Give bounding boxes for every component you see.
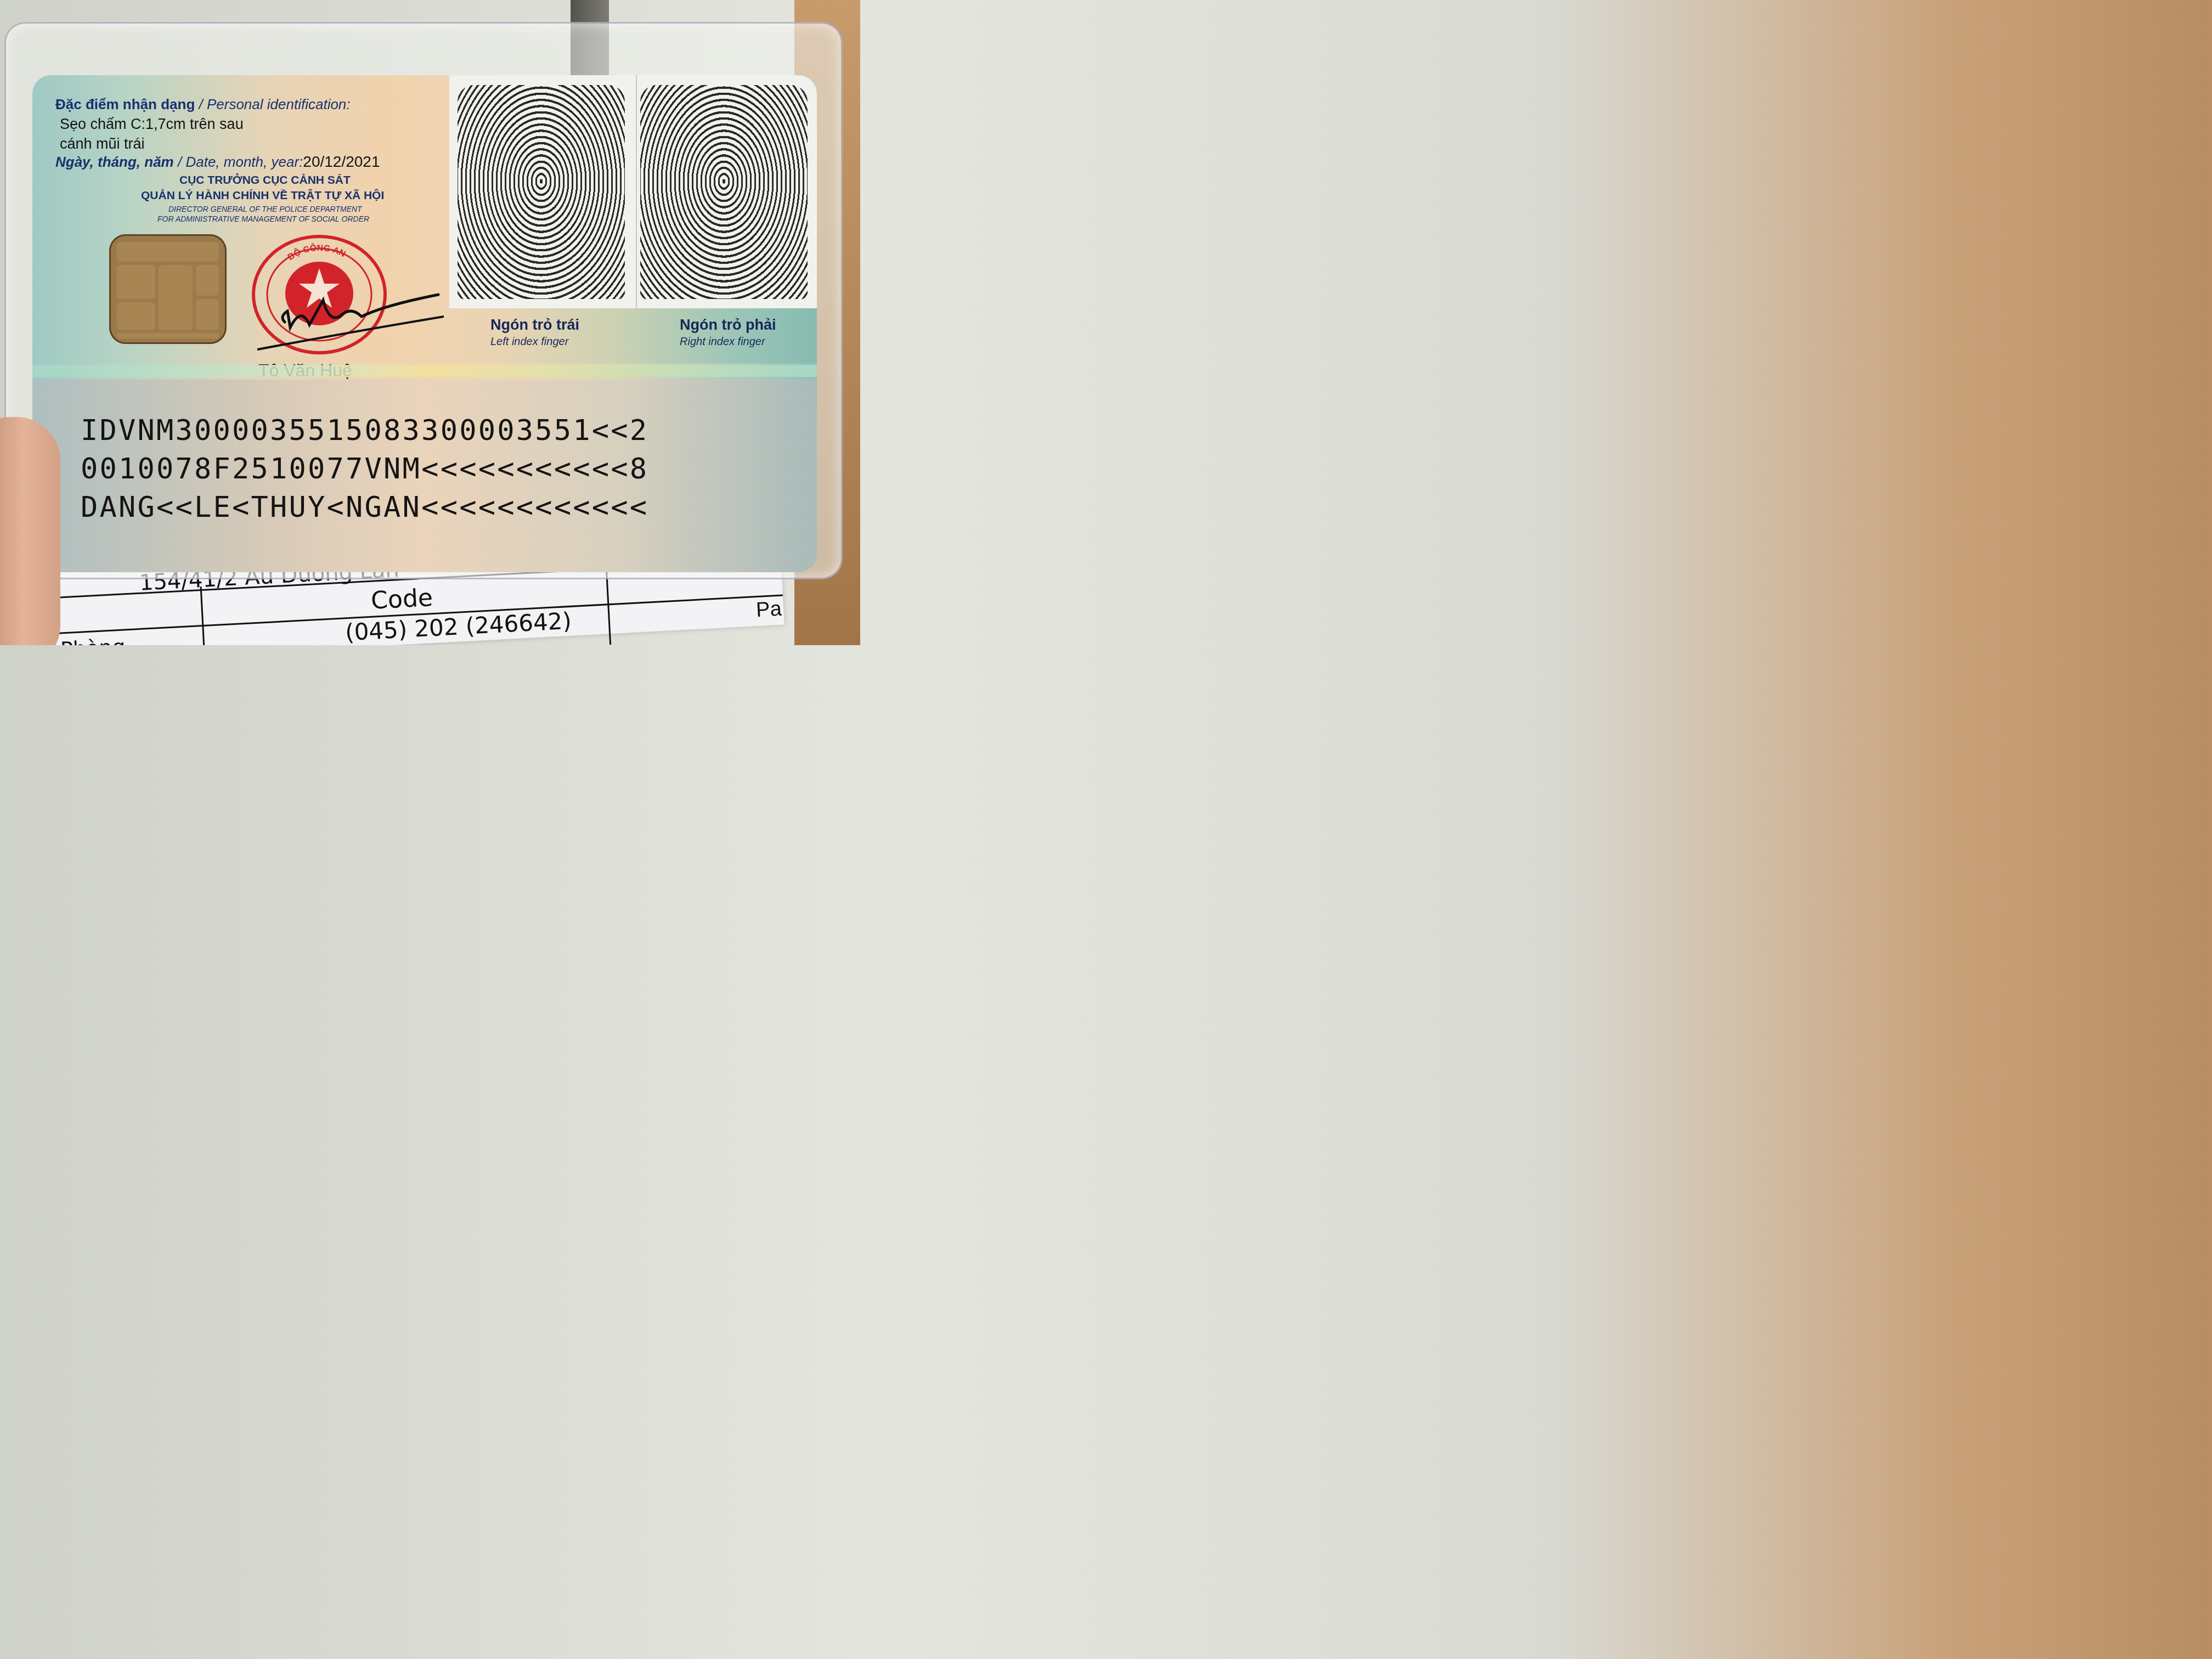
issue-date-value: 20/12/2021 [303,153,380,170]
right-finger-label: Ngón trỏ phải Right index finger [680,317,776,348]
mrz-line-2: 0010078F2510077VNM<<<<<<<<<<<8 [81,453,648,486]
paper-right-cell: Pa [755,597,782,622]
signature-icon [257,284,444,355]
personal-id-label: Đặc điểm nhận dạng / Personal identifica… [55,96,351,113]
svg-text:BỘ CÔNG AN: BỘ CÔNG AN [286,242,347,262]
personal-id-value-line2: cánh mũi trái [60,136,145,153]
holding-thumb [0,417,60,645]
authority-vi-line1: CỤC TRƯỞNG CỤC CẢNH SÁT [179,174,351,187]
paper-room-label: Phòng [60,634,126,645]
left-finger-label-vi: Ngón trỏ trái [490,317,579,334]
date-label-vi: Ngày, tháng, năm [55,154,174,170]
date-label-en: Date, month, year: [185,154,303,170]
fingerprint-divider [636,75,637,308]
mrz-line-3: DANG<<LE<THUY<NGAN<<<<<<<<<<<< [81,491,648,524]
left-finger-label: Ngón trỏ trái Left index finger [490,317,579,348]
id-card-back: Ngón trỏ trái Left index finger Ngón trỏ… [32,75,817,572]
issue-date-row: Ngày, tháng, năm / Date, month, year:20/… [55,153,380,171]
personal-id-label-vi: Đặc điểm nhận dạng [55,96,195,112]
right-finger-label-en: Right index finger [680,336,776,348]
authority-vi-line2: QUẢN LÝ HÀNH CHÍNH VỀ TRẬT TỰ XÃ HỘI [141,189,384,202]
personal-id-label-en: Personal identification: [207,96,351,112]
plastic-sleeve: Ngón trỏ trái Left index finger Ngón trỏ… [4,22,843,579]
mrz-line-1: IDVNM3000035515083300003551<<2 [81,414,648,447]
paper-code-header: Code [370,584,433,615]
right-fingerprint-icon [640,85,808,299]
left-finger-label-en: Left index finger [490,336,579,348]
table-line [200,586,206,645]
seal-top-text: BỘ CÔNG AN [286,242,347,262]
right-finger-label-vi: Ngón trỏ phải [680,317,776,334]
left-fingerprint-icon [458,85,625,299]
authority-en-line1: DIRECTOR GENERAL OF THE POLICE DEPARTMEN… [168,205,362,213]
chip-icon [109,234,227,344]
authority-en-line2: FOR ADMINISTRATIVE MANAGEMENT OF SOCIAL … [157,215,369,223]
security-stripe [32,365,817,377]
personal-id-value-line1: Sẹo chấm C:1,7cm trên sau [60,116,244,133]
